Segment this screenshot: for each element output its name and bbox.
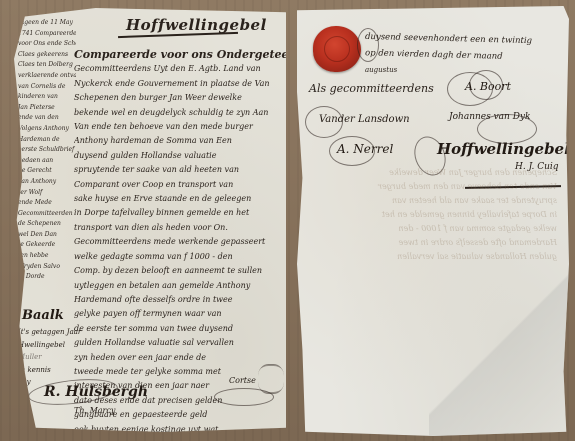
text-line: Nyckerck ende Gouvernement in plaatse de… <box>74 77 286 91</box>
bleed-line: Schepenen den burger Jan Weer dewelke <box>317 166 557 180</box>
signature-hoffwellingebel: Hoffwellingebel <box>437 140 569 158</box>
text-line: bekende wel en deugdelyck schuldig te zy… <box>74 106 286 120</box>
text-line: uytleggen en betalen aan gemelde Anthony <box>74 279 286 293</box>
margin-note: Claes ten Dolberg <box>18 60 76 71</box>
folded-corner <box>429 256 569 436</box>
bleed-line: Van ende ten behoeve van den mede burger <box>317 180 557 194</box>
main-text-body: Compareerde voor ons Ondergeteekende Gec… <box>74 48 286 432</box>
text-line: Gecommitteerdens Uyt den E. Agtb. Land v… <box>74 62 286 76</box>
margin-note: ter Wolf <box>18 188 76 199</box>
margin-note: voor Ons ende Schepen <box>18 39 76 50</box>
date-line: duysend seevenhondert een en twintig <box>365 32 532 46</box>
margin-note: Jan Pieterse <box>18 103 76 114</box>
bleed-line: spruytende ter saake van ald heeten van <box>317 194 557 208</box>
margin-note: te Dorde <box>18 272 76 283</box>
text-line: transport van dien als heden voor On. <box>74 221 286 235</box>
margin-note: gedaen aan <box>18 156 76 167</box>
text-line: zyn heden over een jaar ende de <box>74 351 286 365</box>
margin-note: van Cornelis de <box>18 82 76 93</box>
text-line: gulden Hollandse valuatie sal vervallen <box>74 336 286 350</box>
margin-note: Claes gekeerens <box>18 50 76 61</box>
margin-note: Gecommitteerden <box>18 209 76 220</box>
margin-note-lower: In kennis <box>18 366 51 374</box>
text-line: sake huyse en Erve staande en de geleege… <box>74 192 286 206</box>
bleed-line: welke gedagte somma van f 1000 - den <box>317 222 557 236</box>
margin-note: Ingeen de 11 May <box>18 18 76 29</box>
text-line: ook buyten eenige kostinge uyt wat <box>74 423 286 432</box>
margin-note: eerste Schuldbrief <box>18 145 76 156</box>
date-line: augustus <box>365 66 397 74</box>
margin-note: Wryden Salvo <box>18 262 76 273</box>
text-line: in Dorpe tafelvalley binnen gemelde en h… <box>74 206 286 220</box>
signature-marcy: Th. Marcy <box>74 406 115 415</box>
margin-note-lower: Muller <box>18 353 42 361</box>
margin-note: te Gekeerde <box>18 240 76 251</box>
margin-note: ende Mede <box>18 198 76 209</box>
signature-nerrel: A. Nerrel <box>337 142 393 156</box>
margin-note: wel Den Dan <box>18 230 76 241</box>
margin-note: kinderen van <box>18 92 76 103</box>
margin-note: ten hebbe <box>18 251 76 262</box>
text-line: Schepenen den burger Jan Weer dewelke <box>74 91 286 105</box>
signature-cortse: Cortse <box>229 376 256 385</box>
text-line: Hardemand ofte desselfs ordre in twee <box>74 293 286 307</box>
wax-seal-icon <box>313 26 361 72</box>
signature-lansdown: Vander Lansdown <box>319 114 410 125</box>
margin-note: Volgens Anthony <box>18 124 76 135</box>
margin-note: 1741 Compareerde <box>18 29 76 40</box>
margin-note: verklaerende ontvangen <box>18 71 76 82</box>
margin-note-lower: my <box>20 378 31 386</box>
text-line: gelyke payen off termynen waar van <box>74 307 286 321</box>
left-page-heading: Hoffwellingebel <box>126 16 267 34</box>
commissioners-label: Als gecommitteerdens <box>309 82 434 95</box>
margin-note: Hardeman de <box>18 135 76 146</box>
margin-note: van Anthony <box>18 177 76 188</box>
signature-boort: A. Boort <box>465 80 511 93</box>
left-page: Hoffwellingebel Ingeen de 11 May 1741 Co… <box>14 8 286 432</box>
notary-flourish-icon <box>258 364 284 394</box>
text-line: Anthony hardeman de Somma van Een <box>74 134 286 148</box>
text-line: Comp. by dezen belooft en aanneemt te su… <box>74 264 286 278</box>
signature-hulsbergh: R. Hulsbergh <box>44 384 148 400</box>
text-line: Comparant over Coop en transport van <box>74 178 286 192</box>
margin-note-lower: It's getaggen Jaar <box>18 328 81 336</box>
text-line: Gecommitteerdens mede werkende gepasseer… <box>74 235 286 249</box>
text-line: spruytende ter saake van ald heeten van <box>74 163 286 177</box>
bleed-line: in Dorpe tafelvalley binnen gemelde en h… <box>317 208 557 222</box>
text-line: welke gedagte somma van f 1000 - den <box>74 250 286 264</box>
text-line: Van ende ten behoeve van den mede burger <box>74 120 286 134</box>
margin-note: de Schepenen <box>18 219 76 230</box>
margin-notes: Ingeen de 11 May 1741 Compareerde voor O… <box>18 18 76 283</box>
text-line: de eerste ter somma van twee duysend <box>74 322 286 336</box>
date-line: op den vierden dagh der maand <box>365 48 503 62</box>
margin-note-lower: Hwellingebel <box>18 341 65 349</box>
margin-signature-baalk: Baalk <box>22 308 64 323</box>
bleed-line: Hardemand ofte desselfs ordre in twee <box>317 236 557 250</box>
right-page: duysend seevenhondert een en twintig op … <box>297 6 569 436</box>
margin-note: ende van den <box>18 113 76 124</box>
text-line: duysend gulden Hollandse valuatie <box>74 149 286 163</box>
bleed-through-text: Schepenen den burger Jan Weer dewelke Va… <box>317 166 557 264</box>
margin-note: de Gerecht <box>18 166 76 177</box>
text-line: Compareerde voor ons Ondergeteekende <box>74 48 286 62</box>
